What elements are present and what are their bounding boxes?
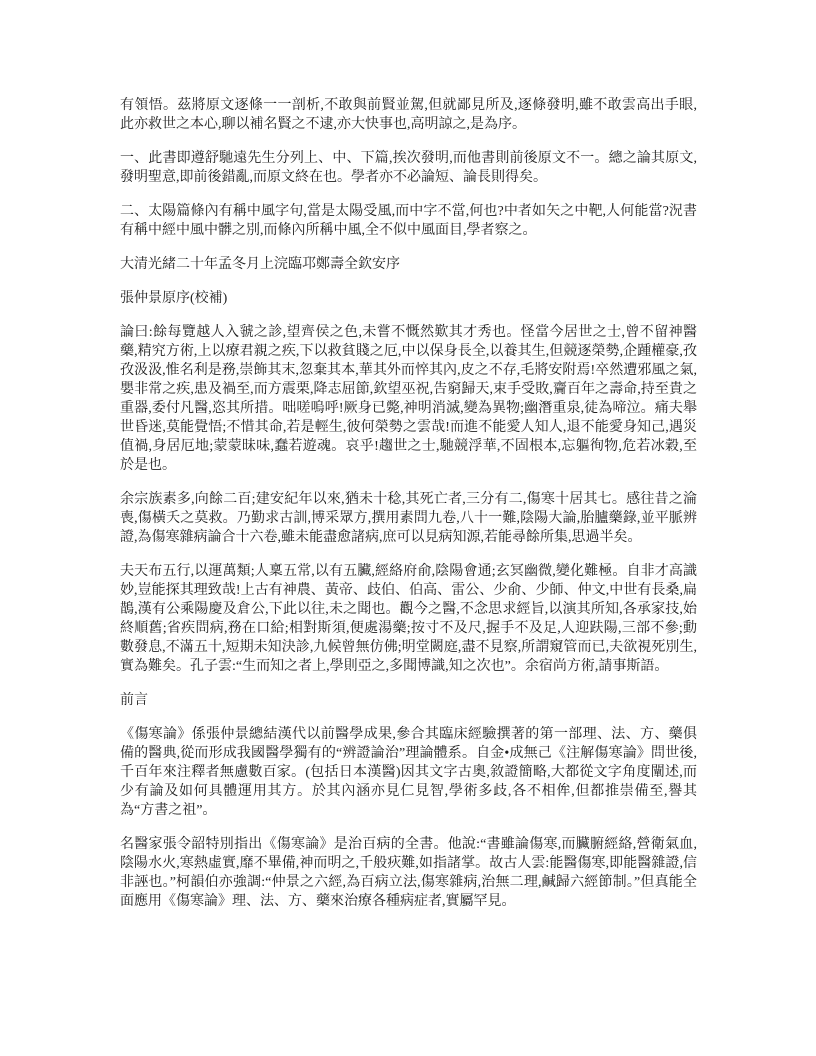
zheng-preface-continuation: 有領悟。茲將原文逐條一一剖析,不敢與前賢並駕,但就鄙見所及,逐條發明,雖不敢雲高… — [120, 96, 697, 134]
note-item-2: 二、太陽篇條內有稱中風字句,當是太陽受風,而中字不當,何也?中者如矢之中靶,人何… — [120, 202, 697, 240]
original-preface-part-2: 余宗族素多,向餘二百;建安紀年以來,猶未十稔,其死亡者,三分有二,傷寒十居其七。… — [120, 490, 697, 547]
preface-colophon: 大清光緒二十年孟冬月上浣臨邛鄭壽全欽安序 — [120, 255, 697, 274]
foreword-paragraph-1: 《傷寒論》係張仲景總結漢代以前醫學成果,參合其臨床經驗撰著的第一部理、法、方、藥… — [120, 725, 697, 820]
heading-foreword: 前言 — [120, 691, 697, 710]
foreword-paragraph-2: 名醫家張令韶特別指出《傷寒論》是治百病的全書。他說:“書雖論傷寒,而臟腑經絡,營… — [120, 835, 697, 911]
original-preface-part-1: 論曰:餘每覽越人入虢之診,望齊侯之色,未嘗不慨然歎其才秀也。怪當今居世之士,曾不… — [120, 323, 697, 475]
page-body: 有領悟。茲將原文逐條一一剖析,不敢與前賢並駕,但就鄙見所及,逐條發明,雖不敢雲高… — [0, 0, 816, 1056]
original-preface-part-3: 夫天布五行,以運萬類;人稟五常,以有五臟,經絡府俞,陰陽會通;玄冥幽微,變化難極… — [120, 562, 697, 676]
document-page: { "page": { "width": 816, "height": 1056… — [0, 0, 816, 1056]
heading-zhang-zhongjing-original-preface: 張仲景原序(校補) — [120, 289, 697, 308]
note-item-1: 一、此書即遵舒馳遠先生分列上、中、下篇,挨次發明,而他書則前後原文不一。總之論其… — [120, 149, 697, 187]
